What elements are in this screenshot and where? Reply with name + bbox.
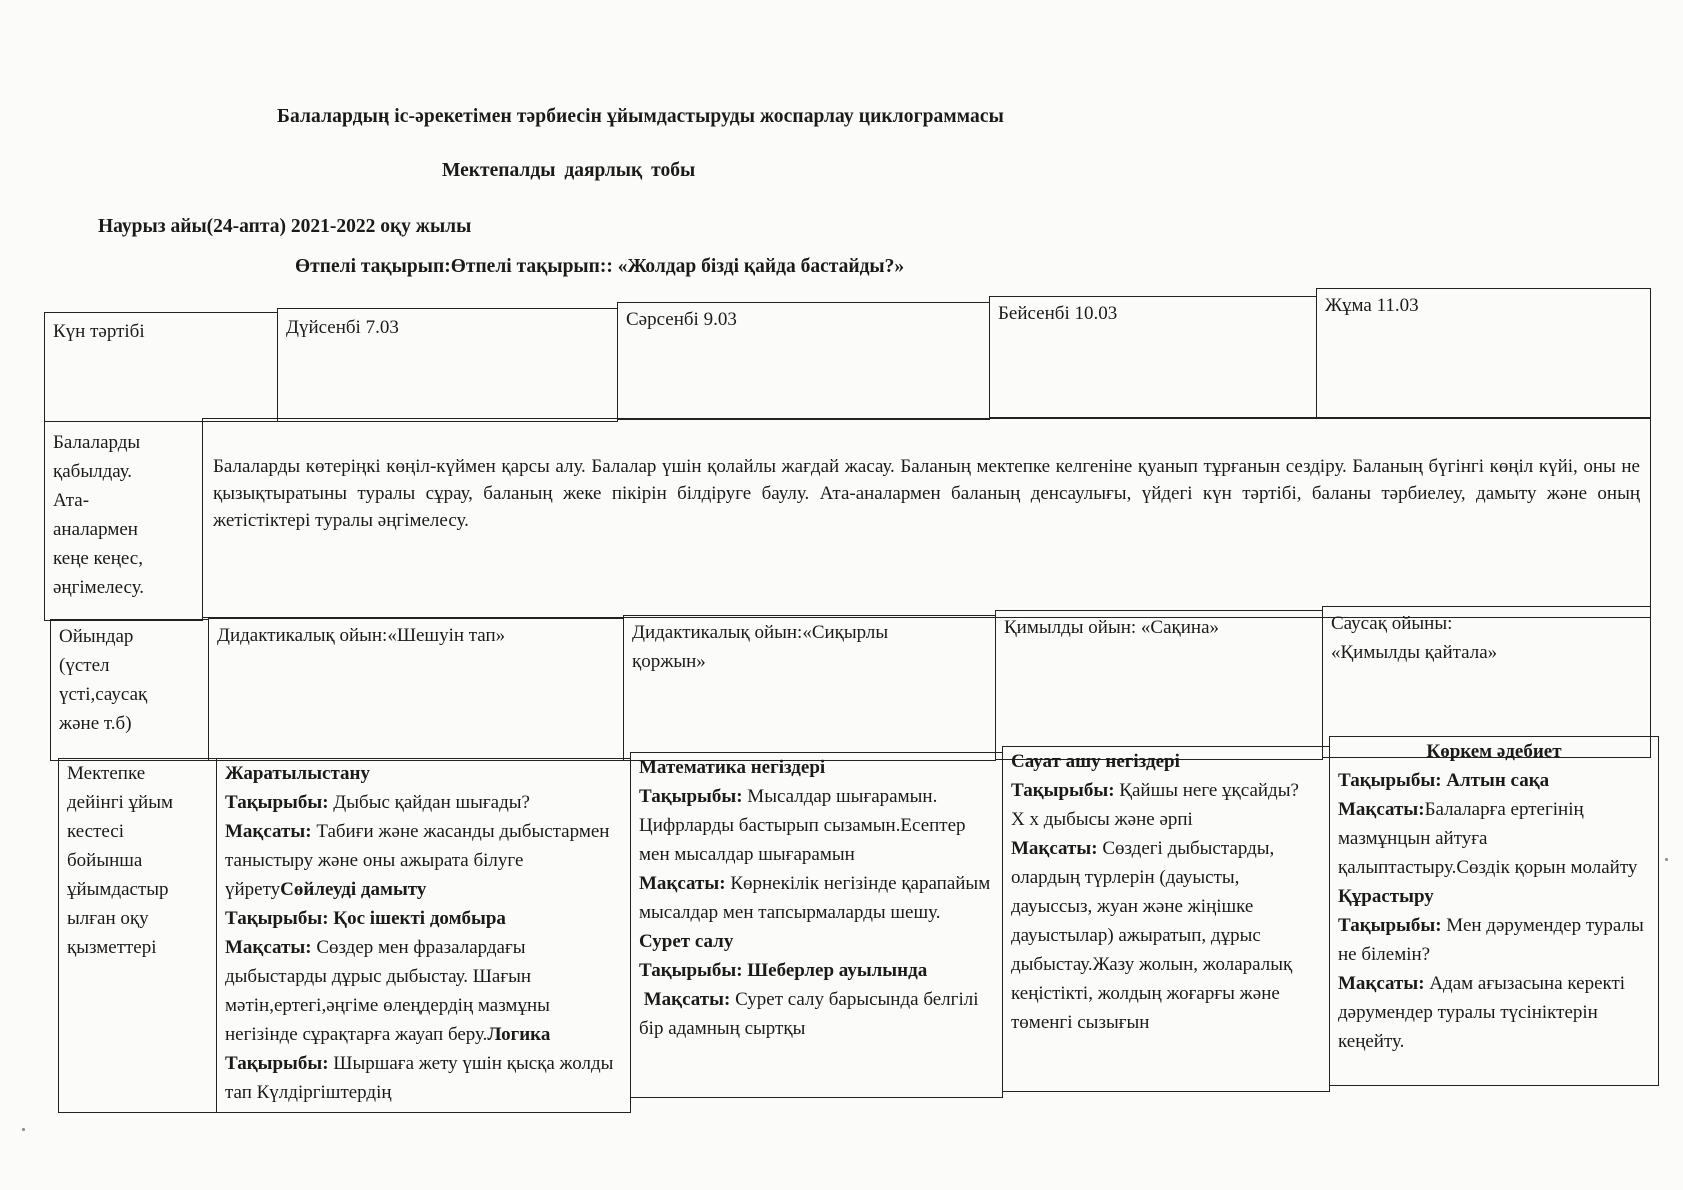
topic-text: Қайшы неге ұқсайды? — [1115, 780, 1299, 801]
subject-title: Сурет салу — [639, 927, 994, 956]
goal-label: Мақсаты: — [225, 937, 312, 958]
activities-wednesday: Математика негіздері Тақырыбы: Мысалдар … — [630, 752, 1003, 1098]
activities-thursday: Сауат ашу негіздері Тақырыбы: Қайшы неге… — [1002, 746, 1330, 1092]
label-line: қабылдау. — [53, 457, 194, 486]
topic-label: Тақырыбы: — [639, 786, 743, 807]
topic-label: Тақырыбы: — [225, 1053, 329, 1074]
label-line: қызметтері — [67, 933, 208, 962]
label-line: кестесі — [67, 817, 208, 846]
scan-speck — [1665, 858, 1668, 861]
label-line: кеңе кеңес, — [53, 544, 194, 573]
goal-label: Мақсаты: — [1011, 838, 1098, 859]
label-line: Ойындар — [59, 622, 200, 651]
game-monday: Дидактикалық ойын:«Шешуін тап» — [208, 618, 624, 761]
goal-label: Мақсаты: — [1338, 973, 1425, 994]
reception-text: Балаларды көтеріңкі көңіл-күймен қарсы а… — [213, 456, 1640, 531]
day-header-monday: Дүйсенбі 7.03 — [277, 308, 618, 422]
games-label-cell: Ойындар (үстел үсті,саусақ және т.б) — [50, 619, 209, 761]
label-line: және т.б) — [59, 709, 200, 738]
label-line: (үстел — [59, 651, 200, 680]
period: Наурыз айы(24-апта) 2021-2022 оқу жылы — [98, 216, 471, 238]
label-line: ылған оқу — [67, 904, 208, 933]
day-label: Дүйсенбі 7.03 — [286, 317, 399, 338]
subject-title: Көркем әдебиет — [1338, 737, 1650, 766]
scan-speck — [22, 1128, 25, 1131]
reception-label-cell: Балаларды қабылдау. Ата- аналармен кеңе … — [44, 421, 203, 621]
subject-title: Сөйлеуді дамыту — [280, 879, 426, 900]
topic-label: Тақырыбы: — [1338, 915, 1442, 936]
subject-title: Логика — [487, 1024, 550, 1045]
label-line: Балаларды — [53, 428, 194, 457]
game-text: Саусақ ойыны: — [1331, 609, 1642, 638]
document-title: Балалардың іс-әрекетімен тәрбиесін ұйымд… — [277, 106, 1004, 128]
label-line: үсті,саусақ — [59, 680, 200, 709]
label-line: аналармен — [53, 515, 194, 544]
label-line: бойынша — [67, 846, 208, 875]
game-text: қоржын» — [632, 647, 987, 676]
goal-label: Мақсаты: — [639, 873, 726, 894]
goal-label: Мақсаты: — [644, 989, 731, 1010]
label-line: әңгімелесу. — [53, 573, 194, 602]
label-line: Ата- — [53, 486, 194, 515]
subject-title: Математика негіздері — [639, 753, 994, 782]
goal-text: Сөздегі дыбыстарды, олардың түрлерін (да… — [1011, 838, 1292, 1033]
label-line: дейінгі ұйым — [67, 788, 208, 817]
subject-title: Сауат ашу негіздері — [1011, 747, 1321, 776]
topic-text: Дыбыс қайдан шығады? — [329, 792, 530, 813]
game-text: Дидактикалық ойын:«Сиқырлы — [632, 618, 987, 647]
game-wednesday: Дидактикалық ойын:«Сиқырлы қоржын» — [623, 615, 996, 761]
goal-label: Мақсаты: — [225, 821, 312, 842]
day-label: Сәрсенбі 9.03 — [626, 309, 737, 330]
topic-text: Тақырыбы: Шеберлер ауылында — [639, 956, 994, 985]
day-header-friday: Жұма 11.03 — [1316, 288, 1651, 418]
topic-label: Тақырыбы: — [225, 792, 329, 813]
game-thursday: Қимылды ойын: «Сақина» — [995, 610, 1323, 760]
topic-label: Тақырыбы: — [1011, 780, 1115, 801]
theme: Өтпелі тақырып:Өтпелі тақырып:: «Жолдар … — [295, 256, 904, 278]
header-label-cell: Күн тәртібі — [44, 312, 278, 422]
subject-title: Құрастыру — [1338, 882, 1650, 911]
day-label: Жұма 11.03 — [1325, 295, 1419, 316]
activities-monday: Жаратылыстану Тақырыбы: Дыбыс қайдан шығ… — [216, 758, 631, 1113]
letter-text: Х х дыбысы және әрпі — [1011, 805, 1321, 834]
topic-text: Тақырыбы: Қос ішекті домбыра — [225, 908, 506, 929]
activities-label-cell: Мектепке дейінгі ұйым кестесі бойынша ұй… — [58, 758, 217, 1113]
game-text: Дидактикалық ойын:«Шешуін тап» — [217, 621, 615, 650]
game-text: Қимылды ойын: «Сақина» — [1004, 613, 1314, 642]
goal-label: Мақсаты: — [1338, 799, 1425, 820]
day-header-wednesday: Сәрсенбі 9.03 — [617, 302, 990, 420]
game-text: «Қимылды қайтала» — [1331, 638, 1642, 667]
label-line: Мектепке — [67, 759, 208, 788]
reception-text-cell: Балаларды көтеріңкі көңіл-күймен қарсы а… — [202, 418, 1651, 618]
activities-friday: Көркем әдебиет Тақырыбы: Алтын сақа Мақс… — [1329, 736, 1659, 1086]
label-line: ұйымдастыр — [67, 875, 208, 904]
topic-text: Тақырыбы: Алтын сақа — [1338, 766, 1650, 795]
group-name: Мектепалды даярлық тобы — [442, 160, 695, 182]
header-label: Күн тәртібі — [53, 321, 145, 342]
day-label: Бейсенбі 10.03 — [998, 303, 1117, 324]
day-header-thursday: Бейсенбі 10.03 — [989, 296, 1317, 418]
subject-title: Жаратылыстану — [225, 759, 622, 788]
